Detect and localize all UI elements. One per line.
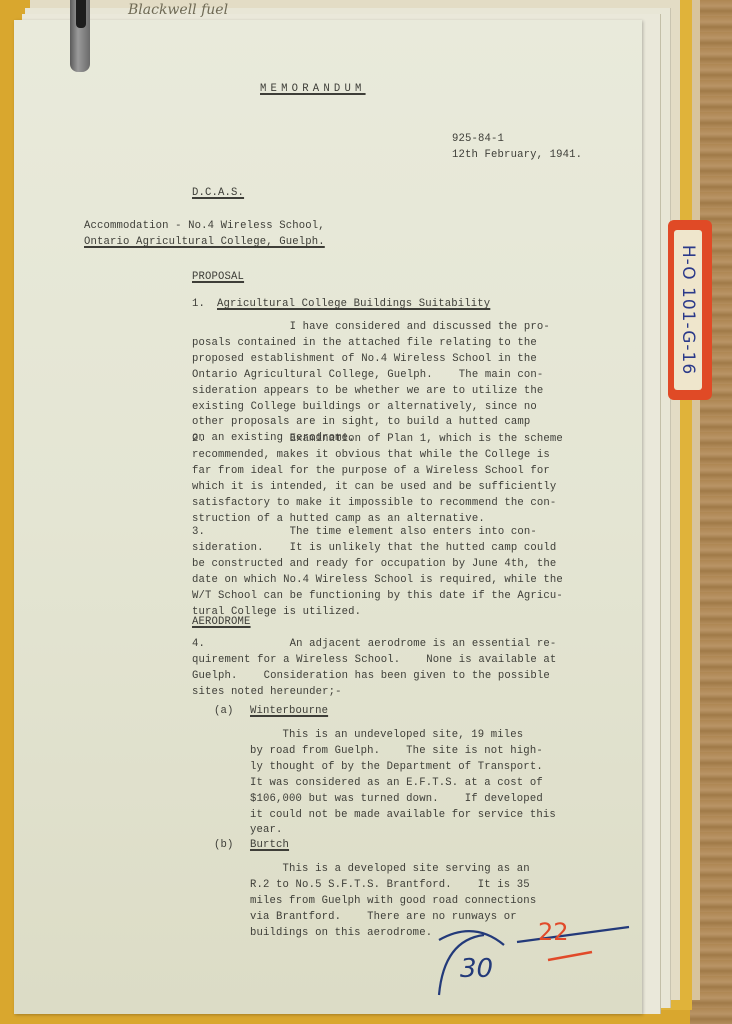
text-line: It was considered as an E.F.T.S. at a co… — [250, 776, 543, 792]
file-index-label: H-O 101-G-16 — [674, 230, 702, 390]
file-index-tab: H-O 101-G-16 — [668, 220, 712, 400]
text-line: quirement for a Wireless School. None is… — [192, 653, 556, 669]
memo-date: 12th February, 1941. — [452, 148, 582, 164]
strikethrough-line-icon — [517, 927, 629, 942]
pencil-annotation: Blackwell fuel — [128, 2, 228, 18]
text-line: existing College buildings or alternativ… — [192, 400, 537, 416]
text-line: Ontario Agricultural College, Guelph. Th… — [192, 368, 543, 384]
text-line: buildings on this aerodrome. — [250, 926, 432, 942]
site-a-name: Winterbourne — [250, 704, 328, 720]
red-underline-icon — [548, 952, 592, 960]
text-line: recommended, makes it obvious that while… — [192, 448, 550, 464]
text-line: date on which No.4 Wireless School is re… — [192, 573, 563, 589]
text-line: $106,000 but was turned down. If develop… — [250, 792, 543, 808]
site-a-label: (a) — [214, 704, 234, 720]
text-line: This is a developed site serving as an — [250, 862, 530, 878]
text-line: far from ideal for the purpose of a Wire… — [192, 464, 550, 480]
text-line: 3. The time element also enters into con… — [192, 525, 537, 541]
subject-line-1: Accommodation - No.4 Wireless School, — [84, 219, 325, 235]
text-line: I have considered and discussed the pro- — [192, 320, 550, 336]
file-index-text: H-O 101-G-16 — [678, 245, 698, 375]
text-line: be constructed and ready for occupation … — [192, 557, 556, 573]
struck-page-number: 22 — [538, 918, 569, 946]
memo-heading: MEMORANDUM — [260, 82, 366, 98]
text-line: which it is intended, it can be used and… — [192, 480, 556, 496]
file-number: 925-84-1 — [452, 132, 504, 148]
para1-title: Agricultural College Buildings Suitabili… — [217, 297, 490, 313]
text-line: year. — [250, 823, 283, 839]
text-line: ly thought of by the Department of Trans… — [250, 760, 543, 776]
text-line: proposed establishment of No.4 Wireless … — [192, 352, 537, 368]
text-line: posals contained in the attached file re… — [192, 336, 537, 352]
text-line: sideration appears to be whether we are … — [192, 384, 543, 400]
site-b-name: Burtch — [250, 838, 289, 854]
text-line: sideration. It is unlikely that the hutt… — [192, 541, 556, 557]
text-line: R.2 to No.5 S.F.T.S. Brantford. It is 35 — [250, 878, 530, 894]
para1-number: 1. — [192, 297, 205, 313]
text-line: satisfactory to make it impossible to re… — [192, 496, 556, 512]
text-line: sites noted hereunder;- — [192, 685, 342, 701]
text-line: it could not be made available for servi… — [250, 808, 556, 824]
memorandum-page: MEMORANDUM 925-84-1 12th February, 1941.… — [14, 20, 642, 1014]
proposal-heading: PROPOSAL — [192, 270, 244, 286]
aerodrome-heading: AERODROME — [192, 615, 251, 631]
binder-fastener-top-icon — [76, 0, 86, 28]
subject-line-2: Ontario Agricultural College, Guelph. — [84, 235, 325, 251]
site-b-label: (b) — [214, 838, 234, 854]
text-line: Guelph. Consideration has been given to … — [192, 669, 550, 685]
text-line: by road from Guelph. The site is not hig… — [250, 744, 543, 760]
addressee: D.C.A.S. — [192, 186, 244, 202]
circled-page-number: 30 — [460, 954, 493, 984]
page-number-annotations — [424, 900, 644, 1010]
text-line: This is an undeveloped site, 19 miles — [250, 728, 523, 744]
text-line: other proposals are in sight, to build a… — [192, 415, 530, 431]
text-line: W/T School can be functioning by this da… — [192, 589, 563, 605]
text-line: 2. Examination of Plan 1, which is the s… — [192, 432, 563, 448]
text-line: 4. An adjacent aerodrome is an essential… — [192, 637, 556, 653]
